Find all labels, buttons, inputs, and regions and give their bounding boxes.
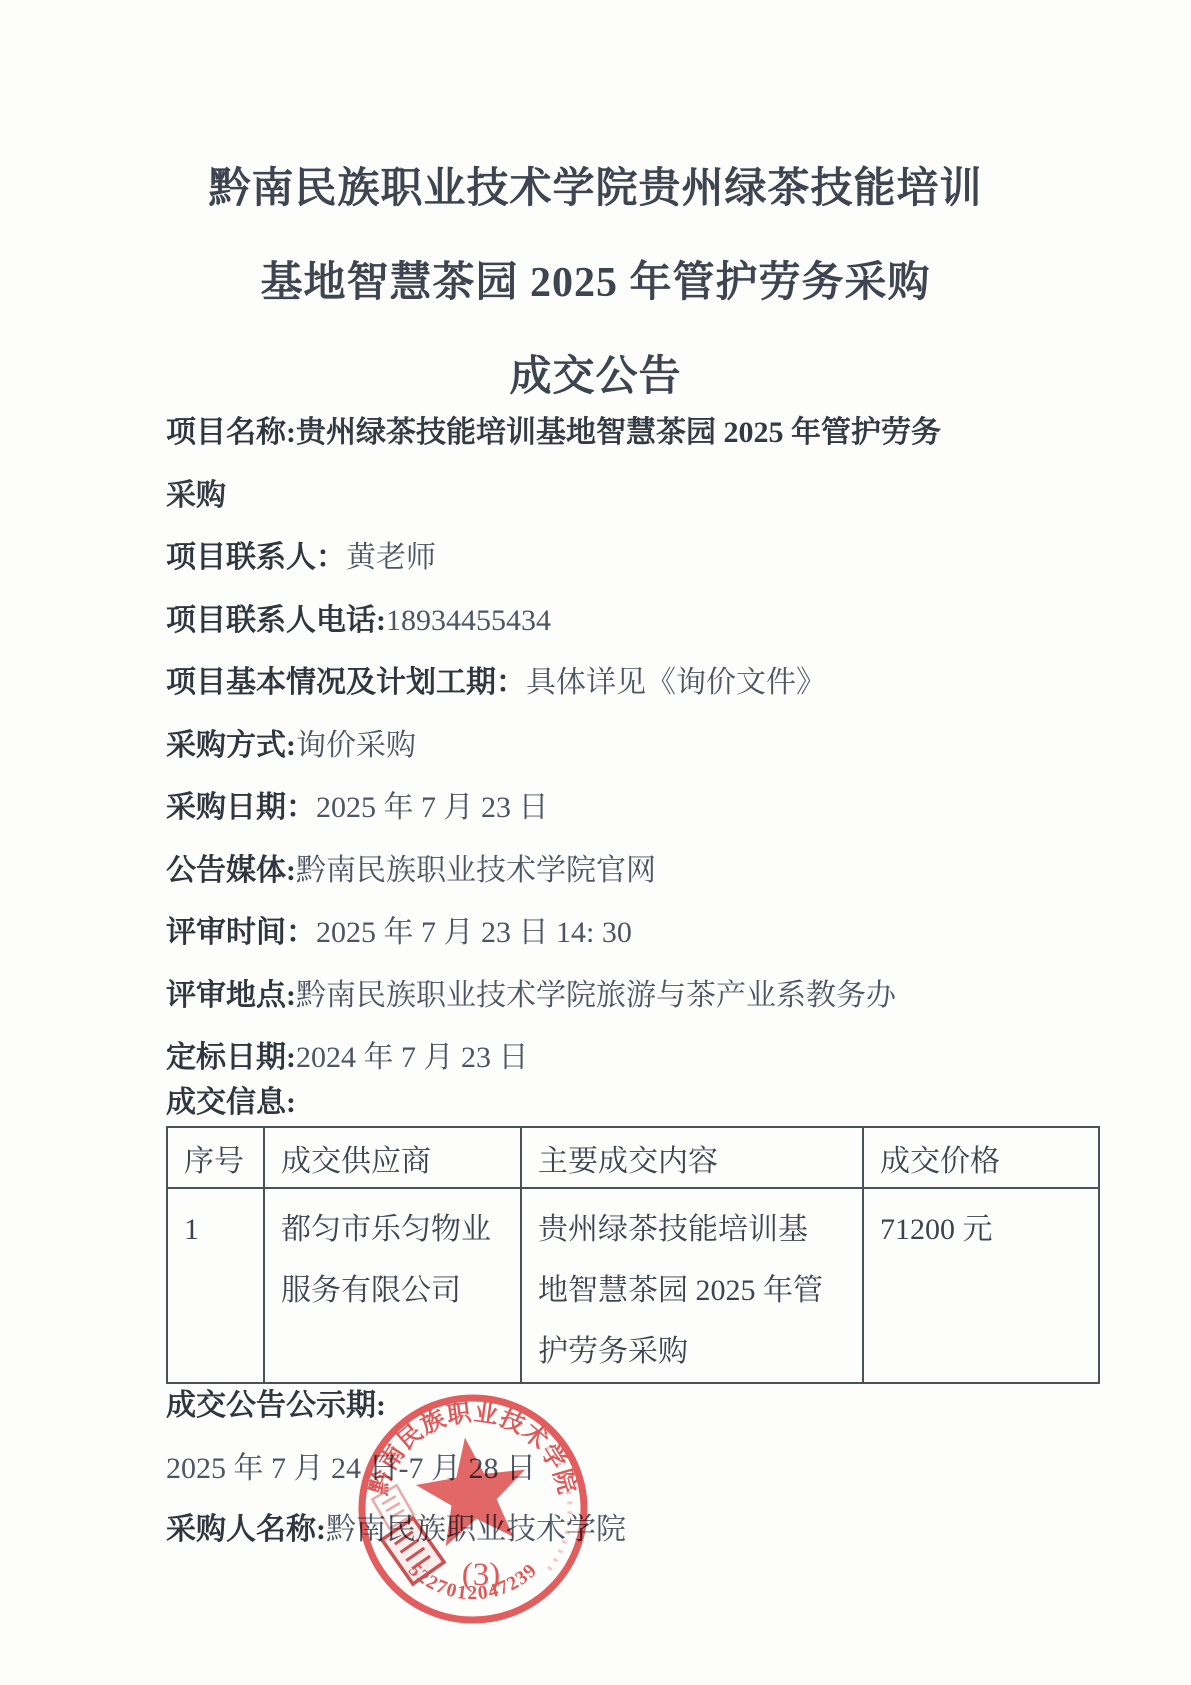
- field-procurement-method: 采购方式:询价采购: [166, 715, 1066, 778]
- cell-seq: 1: [167, 1188, 264, 1383]
- field-label: 项目基本情况及计划工期：: [166, 666, 526, 699]
- field-value: 2024 年 7 月 23 日: [296, 1041, 529, 1074]
- field-value: 贵州绿茶技能培训基地智慧茶园 2025 年管护劳务: [296, 416, 941, 449]
- field-label: 定标日期:: [166, 1041, 296, 1074]
- field-announcement-media: 公告媒体:黔南民族职业技术学院官网: [166, 840, 1066, 903]
- field-contact: 项目联系人：黄老师: [166, 527, 1066, 590]
- field-value: 询价采购: [296, 729, 416, 762]
- stamp-serial-number: 5227012047239: [404, 1559, 542, 1604]
- buyer-name-value: 黔南民族职业技术学院: [326, 1513, 626, 1546]
- cell-content: 贵州绿茶技能培训基 地智慧茶园 2025 年管 护劳务采购: [521, 1188, 863, 1383]
- header-price: 成交价格: [863, 1127, 1099, 1188]
- document-page: 黔南民族职业技术学院贵州绿茶技能培训 基地智慧茶园 2025 年管护劳务采购 成…: [0, 0, 1191, 1685]
- buyer-name-line: 采购人名称:黔南民族职业技术学院: [166, 1504, 626, 1548]
- field-label: 公告媒体:: [166, 854, 296, 887]
- field-value: 黔南民族职业技术学院旅游与茶产业系教务办: [296, 979, 896, 1012]
- document-title: 黔南民族职业技术学院贵州绿茶技能培训 基地智慧茶园 2025 年管护劳务采购 成…: [0, 142, 1191, 424]
- field-value: 黔南民族职业技术学院官网: [296, 854, 656, 887]
- field-label: 采购日期：: [166, 791, 316, 824]
- field-project-name: 项目名称:贵州绿茶技能培训基地智慧茶园 2025 年管护劳务: [166, 402, 1066, 465]
- field-value: 2025 年 7 月 23 日 14: 30: [316, 916, 632, 949]
- field-label: 评审地点:: [166, 979, 296, 1012]
- header-seq: 序号: [167, 1127, 264, 1188]
- header-content: 主要成交内容: [521, 1127, 863, 1188]
- field-project-name-wrap: 采购: [166, 465, 1066, 528]
- table-row: 1 都匀市乐匀物业 服务有限公司 贵州绿茶技能培训基 地智慧茶园 2025 年管…: [167, 1188, 1099, 1383]
- field-label: 采购方式:: [166, 729, 296, 762]
- stamp-index-label: (3): [462, 1557, 500, 1593]
- cell-price: 71200 元: [863, 1188, 1099, 1383]
- field-value: 2025 年 7 月 23 日: [316, 791, 549, 824]
- field-label: 成交信息:: [166, 1086, 296, 1119]
- field-value: 采购: [166, 479, 226, 512]
- field-list: 项目名称:贵州绿茶技能培训基地智慧茶园 2025 年管护劳务 采购 项目联系人：…: [166, 402, 1066, 1134]
- deal-table: 序号 成交供应商 主要成交内容 成交价格 1 都匀市乐匀物业 服务有限公司 贵州…: [166, 1126, 1100, 1384]
- buyer-name-label: 采购人名称:: [166, 1513, 326, 1546]
- title-line-1: 黔南民族职业技术学院贵州绿茶技能培训: [0, 142, 1191, 236]
- title-line-2: 基地智慧茶园 2025 年管护劳务采购: [0, 236, 1191, 330]
- field-project-overview: 项目基本情况及计划工期：具体详见《询价文件》: [166, 652, 1066, 715]
- field-label: 评审时间：: [166, 916, 316, 949]
- field-label: 项目名称:: [166, 416, 296, 449]
- cell-supplier: 都匀市乐匀物业 服务有限公司: [264, 1188, 521, 1383]
- field-procurement-date: 采购日期：2025 年 7 月 23 日: [166, 777, 1066, 840]
- field-review-time: 评审时间：2025 年 7 月 23 日 14: 30: [166, 902, 1066, 965]
- field-label: 项目联系人：: [166, 541, 346, 574]
- field-label: 项目联系人电话:: [166, 604, 386, 637]
- field-value: 18934455434: [386, 604, 551, 637]
- table-header-row: 序号 成交供应商 主要成交内容 成交价格: [167, 1127, 1099, 1188]
- field-review-place: 评审地点:黔南民族职业技术学院旅游与茶产业系教务办: [166, 965, 1066, 1028]
- field-contact-phone: 项目联系人电话:18934455434: [166, 590, 1066, 653]
- publicity-period-value: 2025 年 7 月 24 日-7 月 28 日: [166, 1443, 536, 1487]
- field-value: 具体详见《询价文件》: [526, 666, 826, 699]
- publicity-period-label: 成交公告公示期:: [166, 1380, 386, 1424]
- field-value: 黄老师: [346, 541, 436, 574]
- header-supplier: 成交供应商: [264, 1127, 521, 1188]
